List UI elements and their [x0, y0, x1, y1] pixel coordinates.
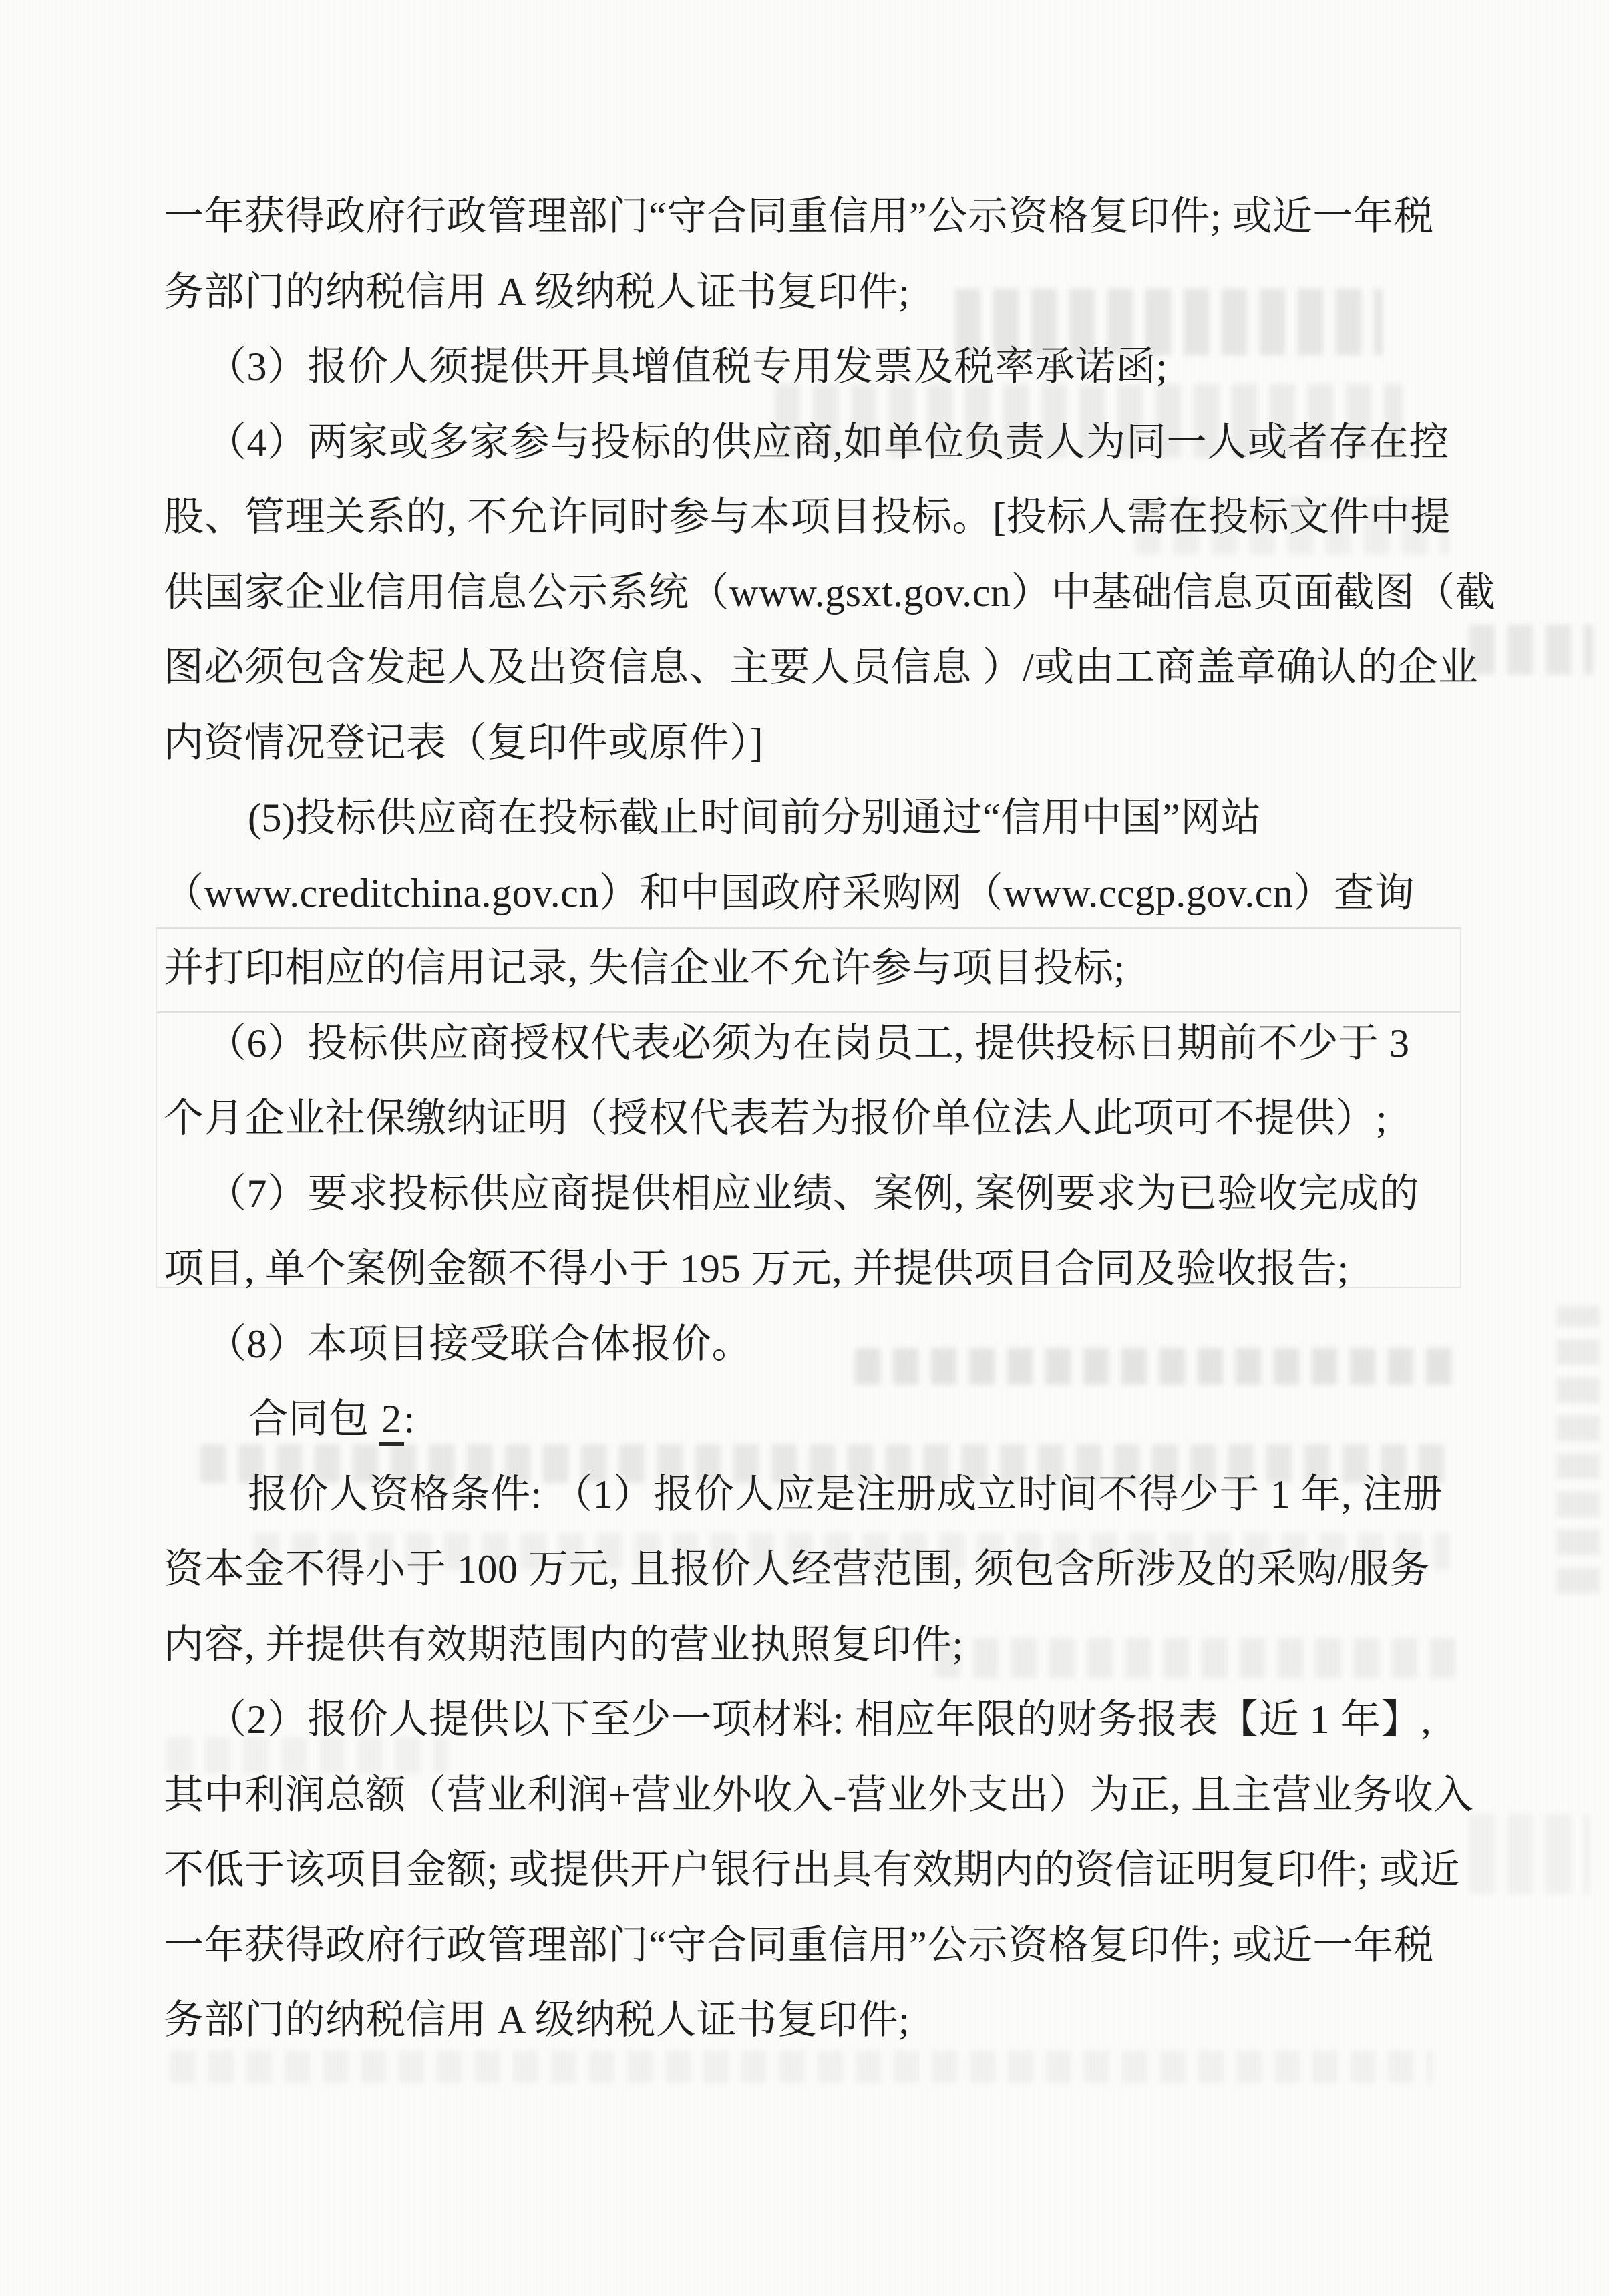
text-line-14: （7）要求投标供应商提供相应业绩、案例, 案例要求为已验收完成的 — [164, 1156, 1493, 1232]
text-line-21: （2）报价人提供以下至少一项材料: 相应年限的财务报表【近 1 年】, — [164, 1682, 1493, 1758]
text-line-6: 供国家企业信用信息公示系统（www.gsxt.gov.cn）中基础信息页面截图（… — [164, 555, 1493, 631]
text-line-5: 股、管理关系的, 不允许同时参与本项目投标。[投标人需在投标文件中提 — [164, 480, 1493, 555]
text-line-8: 内资情况登记表（复印件或原件）] — [164, 705, 1493, 781]
text-line-4: （4）两家或多家参与投标的供应商,如单位负责人为同一人或者存在控 — [164, 405, 1493, 480]
text-line-12: （6）投标供应商授权代表必须为在岗员工, 提供投标日期前不少于 3 — [164, 1006, 1493, 1082]
contract-package-label: 合同包 — [248, 1397, 379, 1441]
text-line-7: 图必须包含发起人及出资信息、主要人员信息 ）/或由工商盖章确认的企业 — [164, 630, 1493, 705]
text-line-25: 务部门的纳税信用 A 级纳税人证书复印件; — [164, 1983, 1493, 2058]
text-line-10: （www.creditchina.gov.cn）和中国政府采购网（www.ccg… — [164, 856, 1493, 931]
text-line-18: 报价人资格条件: （1）报价人应是注册成立时间不得少于 1 年, 注册 — [164, 1457, 1493, 1532]
scanned-document: { "page": { "background": "#fbfbf9", "in… — [0, 0, 1609, 2296]
text-line-13: 个月企业社保缴纳证明（授权代表若为报价单位法人此项可不提供）; — [164, 1081, 1493, 1156]
text-line-11: 并打印相应的信用记录, 失信企业不允许参与项目投标; — [164, 931, 1493, 1006]
text-line-19: 资本金不得小于 100 万元, 且报价人经营范围, 须包含所涉及的采购/服务 — [164, 1532, 1493, 1607]
text-line-16: （8）本项目接受联合体报价。 — [164, 1307, 1493, 1382]
text-line-23: 不低于该项目金额; 或提供开户银行出具有效期内的资信证明复印件; 或近 — [164, 1832, 1493, 1908]
text-line-22: 其中利润总额（营业利润+营业外收入-营业外支出）为正, 且主营业务收入 — [164, 1758, 1493, 1833]
contract-package-colon: : — [404, 1397, 415, 1441]
text-line-17-contract-package-2: 合同包 2: — [164, 1381, 1493, 1457]
text-line-24: 一年获得政府行政管理部门“守合同重信用”公示资格复印件; 或近一年税 — [164, 1908, 1493, 1983]
text-line-20: 内容, 并提供有效期范围内的营业执照复印件; — [164, 1607, 1493, 1683]
text-line-15: 项目, 单个案例金额不得小于 195 万元, 并提供项目合同及验收报告; — [164, 1231, 1493, 1307]
text-line-1: 一年获得政府行政管理部门“守合同重信用”公示资格复印件; 或近一年税 — [164, 179, 1493, 255]
text-line-3: （3）报价人须提供开具增值税专用发票及税率承诺函; — [164, 329, 1493, 405]
text-line-2: 务部门的纳税信用 A 级纳税人证书复印件; — [164, 255, 1493, 330]
bleedthrough-table-line — [156, 927, 157, 1288]
contract-package-number-underlined: 2 — [379, 1397, 404, 1446]
bleedthrough-smudge — [1556, 1306, 1600, 1593]
text-line-9: (5)投标供应商在投标截止时间前分别通过“信用中国”网站 — [164, 780, 1493, 856]
document-text-column: 一年获得政府行政管理部门“守合同重信用”公示资格复印件; 或近一年税 务部门的纳… — [164, 179, 1493, 2058]
